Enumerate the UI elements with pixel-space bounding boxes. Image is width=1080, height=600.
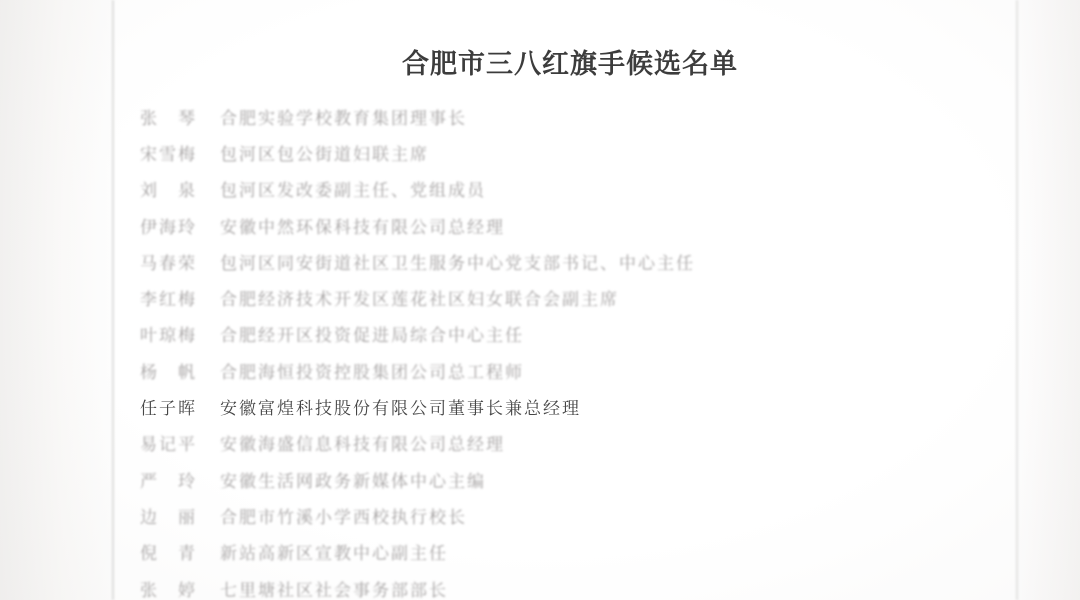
candidate-position: 安徽中然环保科技有限公司总经理 xyxy=(220,213,505,238)
candidate-position: 包河区同安街道社区卫生服务中心党支部书记、中心主任 xyxy=(220,249,695,274)
candidate-row: 倪 青 新站高新区宣教中心副主任 xyxy=(140,534,1060,570)
candidate-name: 张 婷 xyxy=(140,576,204,600)
candidate-row: 严 玲 安徽生活网政务新媒体中心主编 xyxy=(140,461,1060,497)
candidate-name: 伊海玲 xyxy=(140,213,204,238)
candidate-position: 包河区包公街道妇联主席 xyxy=(220,140,429,165)
candidate-row: 宋雪梅 包河区包公街道妇联主席 xyxy=(140,134,1060,170)
candidate-row: 任子晖 安徽富煌科技股份有限公司董事长兼总经理 xyxy=(140,388,1060,424)
candidate-position: 安徽海盛信息科技有限公司总经理 xyxy=(220,430,505,455)
candidate-row: 边 丽 合肥市竹溪小学西校执行校长 xyxy=(140,497,1060,533)
document-photo: 合肥市三八红旗手候选名单 张 琴 合肥实验学校教育集团理事长 宋雪梅 包河区包公… xyxy=(0,0,1080,600)
candidate-position: 包河区发改委副主任、党组成员 xyxy=(220,176,486,201)
candidate-name: 刘 泉 xyxy=(140,176,204,201)
candidate-row: 张 婷 七里塘社区社会事务部部长 xyxy=(140,570,1060,600)
candidate-position: 合肥海恒投资控股集团公司总工程师 xyxy=(220,358,524,383)
photo-left-margin xyxy=(0,0,112,600)
candidate-position: 七里塘社区社会事务部部长 xyxy=(220,576,448,600)
candidate-row: 张 琴 合肥实验学校教育集团理事长 xyxy=(140,98,1060,134)
page-title: 合肥市三八红旗手候选名单 xyxy=(140,42,1000,81)
candidate-name: 杨 帆 xyxy=(140,358,204,383)
candidate-name: 张 琴 xyxy=(140,104,204,129)
candidate-row: 杨 帆 合肥海恒投资控股集团公司总工程师 xyxy=(140,352,1060,388)
candidate-list: 张 琴 合肥实验学校教育集团理事长 宋雪梅 包河区包公街道妇联主席 刘 泉 包河… xyxy=(140,98,1060,600)
candidate-position: 安徽生活网政务新媒体中心主编 xyxy=(220,467,486,492)
candidate-row: 李红梅 合肥经济技术开发区莲花社区妇女联合会副主席 xyxy=(140,279,1060,315)
candidate-position: 新站高新区宣教中心副主任 xyxy=(220,539,448,564)
candidate-name: 严 玲 xyxy=(140,467,204,492)
candidate-position: 合肥经济技术开发区莲花社区妇女联合会副主席 xyxy=(220,285,619,310)
candidate-row: 马春荣 包河区同安街道社区卫生服务中心党支部书记、中心主任 xyxy=(140,243,1060,279)
candidate-position: 合肥实验学校教育集团理事长 xyxy=(220,104,467,129)
candidate-name: 叶琼梅 xyxy=(140,321,204,346)
candidate-row: 伊海玲 安徽中然环保科技有限公司总经理 xyxy=(140,207,1060,243)
candidate-name: 任子晖 xyxy=(140,394,204,419)
paper-edge-left xyxy=(112,0,114,600)
candidate-name: 宋雪梅 xyxy=(140,140,204,165)
candidate-name: 马春荣 xyxy=(140,249,204,274)
candidate-row: 易记平 安徽海盛信息科技有限公司总经理 xyxy=(140,425,1060,461)
candidate-name: 易记平 xyxy=(140,430,204,455)
candidate-row: 刘 泉 包河区发改委副主任、党组成员 xyxy=(140,171,1060,207)
candidate-name: 倪 青 xyxy=(140,539,204,564)
candidate-name: 李红梅 xyxy=(140,285,204,310)
candidate-position: 安徽富煌科技股份有限公司董事长兼总经理 xyxy=(220,394,581,419)
candidate-position: 合肥市竹溪小学西校执行校长 xyxy=(220,503,467,528)
candidate-name: 边 丽 xyxy=(140,503,204,528)
candidate-row: 叶琼梅 合肥经开区投资促进局综合中心主任 xyxy=(140,316,1060,352)
candidate-position: 合肥经开区投资促进局综合中心主任 xyxy=(220,321,524,346)
